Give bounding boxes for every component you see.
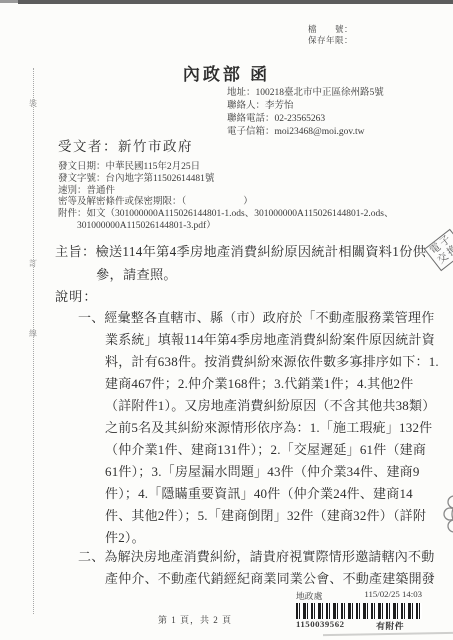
explanation-paragraph-2: 二、為解決房地產消費糾紛，請貴府視實際情形邀請轄內不動 產仲介、不動產代銷經紀商…: [78, 546, 453, 590]
has-attachment-note: 有附件: [376, 619, 404, 632]
registry-datetime: 115/02/25 14:03: [364, 589, 422, 602]
sender-phone: 聯絡電話：02-23565263: [227, 114, 325, 124]
barcode: [296, 603, 422, 619]
scan-edge-top: [18, 0, 453, 4]
explanation-paragraph-1: 一、經彙整各直轄市、縣（市）政府於「不動產服務業管理作 業系統」填報114年第4…: [78, 307, 453, 549]
doc-number: 發文字號：台內地字第11502614481號: [58, 174, 394, 186]
issue-date: 發文日期：中華民國115年2月25日: [58, 162, 394, 174]
sender-contact-person: 聯絡人：李芳怡: [227, 101, 294, 111]
explanation-label: 說明：: [55, 286, 98, 308]
agency-title: 內政部 函: [0, 60, 453, 85]
scan-edge-top-left: [0, 0, 18, 3]
sender-email: 電子信箱：moi23468@moi.gov.tw: [227, 127, 364, 137]
binding-line: [33, 68, 34, 614]
binding-mark-xian: 線: [26, 328, 40, 339]
binding-mark-zhuang: 裝: [26, 98, 40, 109]
recipient-line: 受文者：新竹市政府: [58, 135, 193, 155]
file-number-block: 檔 號： 保存年限：: [308, 24, 353, 45]
subject-paragraph: 主旨：檢送114年第4季房地產消費糾紛原因統計相關資料1份供 參，請查照。: [55, 240, 453, 286]
partial-seal-icon: [435, 486, 453, 546]
barcode-number: 1150039562: [296, 619, 345, 632]
attachment-note: 附件：如文（301000000A115026144801-1.ods、30100…: [58, 209, 394, 233]
registry-stamp-block: 地政處 115/02/25 14:03 1150039562 有附件: [296, 589, 422, 632]
page-number: 第 1 頁，共 2 頁: [120, 613, 270, 626]
scanned-official-letter-page: 裝 訂 線 檔 號： 保存年限： 內政部 函 地址：100218臺北市中正區徐州…: [0, 0, 453, 640]
sender-address: 地址：100218臺北市中正區徐州路5號: [227, 88, 384, 98]
scan-edge-bottom: [323, 632, 453, 636]
binding-mark-ding: 訂: [26, 258, 40, 269]
retention-period-label: 保存年限：: [308, 35, 353, 45]
file-number-label: 檔 號：: [308, 24, 353, 34]
security-class: 密等及解密條件或保密期限：（ ）: [58, 197, 394, 209]
registry-office: 地政處: [296, 589, 322, 602]
sender-contact-block: 地址：100218臺北市中正區徐州路5號 聯絡人：李芳怡 聯絡電話：02-235…: [227, 87, 384, 139]
document-meta-block: 發文日期：中華民國115年2月25日 發文字號：台內地字第11502614481…: [58, 162, 394, 233]
speed-class: 速別：普通件: [58, 186, 394, 198]
